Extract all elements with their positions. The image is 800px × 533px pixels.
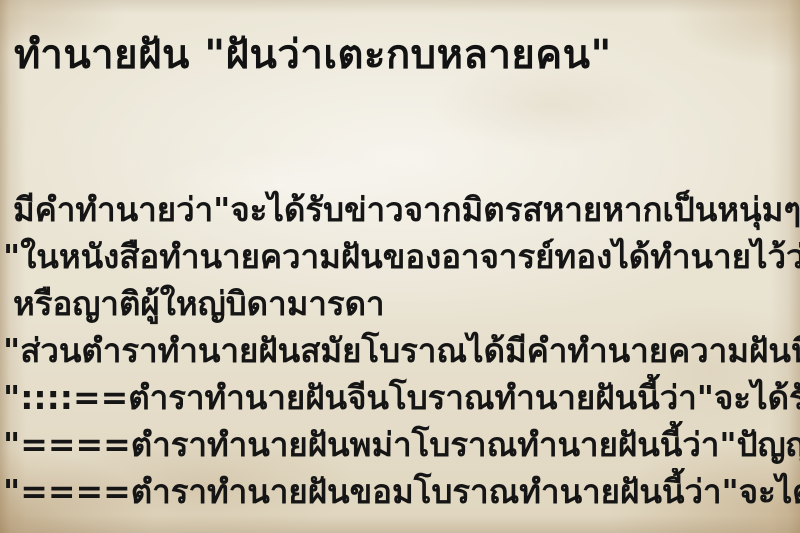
body-line: "====ตำราทำนายฝันขอมโบราณทำนายฝันนี้ว่า"… xyxy=(0,468,800,515)
body-line: "::::==ตำราทำนายฝันจีนโบราณทำนายฝันนี้ว่… xyxy=(0,374,800,421)
body-line: "ส่วนตำราทำนายฝันสมัยโบราณได้มีคำทำนายคว… xyxy=(0,327,800,374)
body-line: "ในหนังสือทำนายความฝันของอาจารย์ทองได้ทำ… xyxy=(0,233,800,280)
parchment-page: ทำนายฝัน "ฝันว่าเตะกบหลายคน" มีคำทำนายว่… xyxy=(0,0,800,533)
page-title: ทำนายฝัน "ฝันว่าเตะกบหลายคน" xyxy=(14,22,800,86)
body-line: "====ตำราทำนายฝันพม่าโบราณทำนายฝันนี้ว่า… xyxy=(0,421,800,468)
interpretation-text-block: มีคำทำนายว่า"จะได้รับข่าวจากมิตรสหายหากเ… xyxy=(0,186,800,515)
body-line: มีคำทำนายว่า"จะได้รับข่าวจากมิตรสหายหากเ… xyxy=(0,186,800,233)
body-line: หรือญาติผู้ใหญ่บิดามารดา xyxy=(0,280,800,327)
